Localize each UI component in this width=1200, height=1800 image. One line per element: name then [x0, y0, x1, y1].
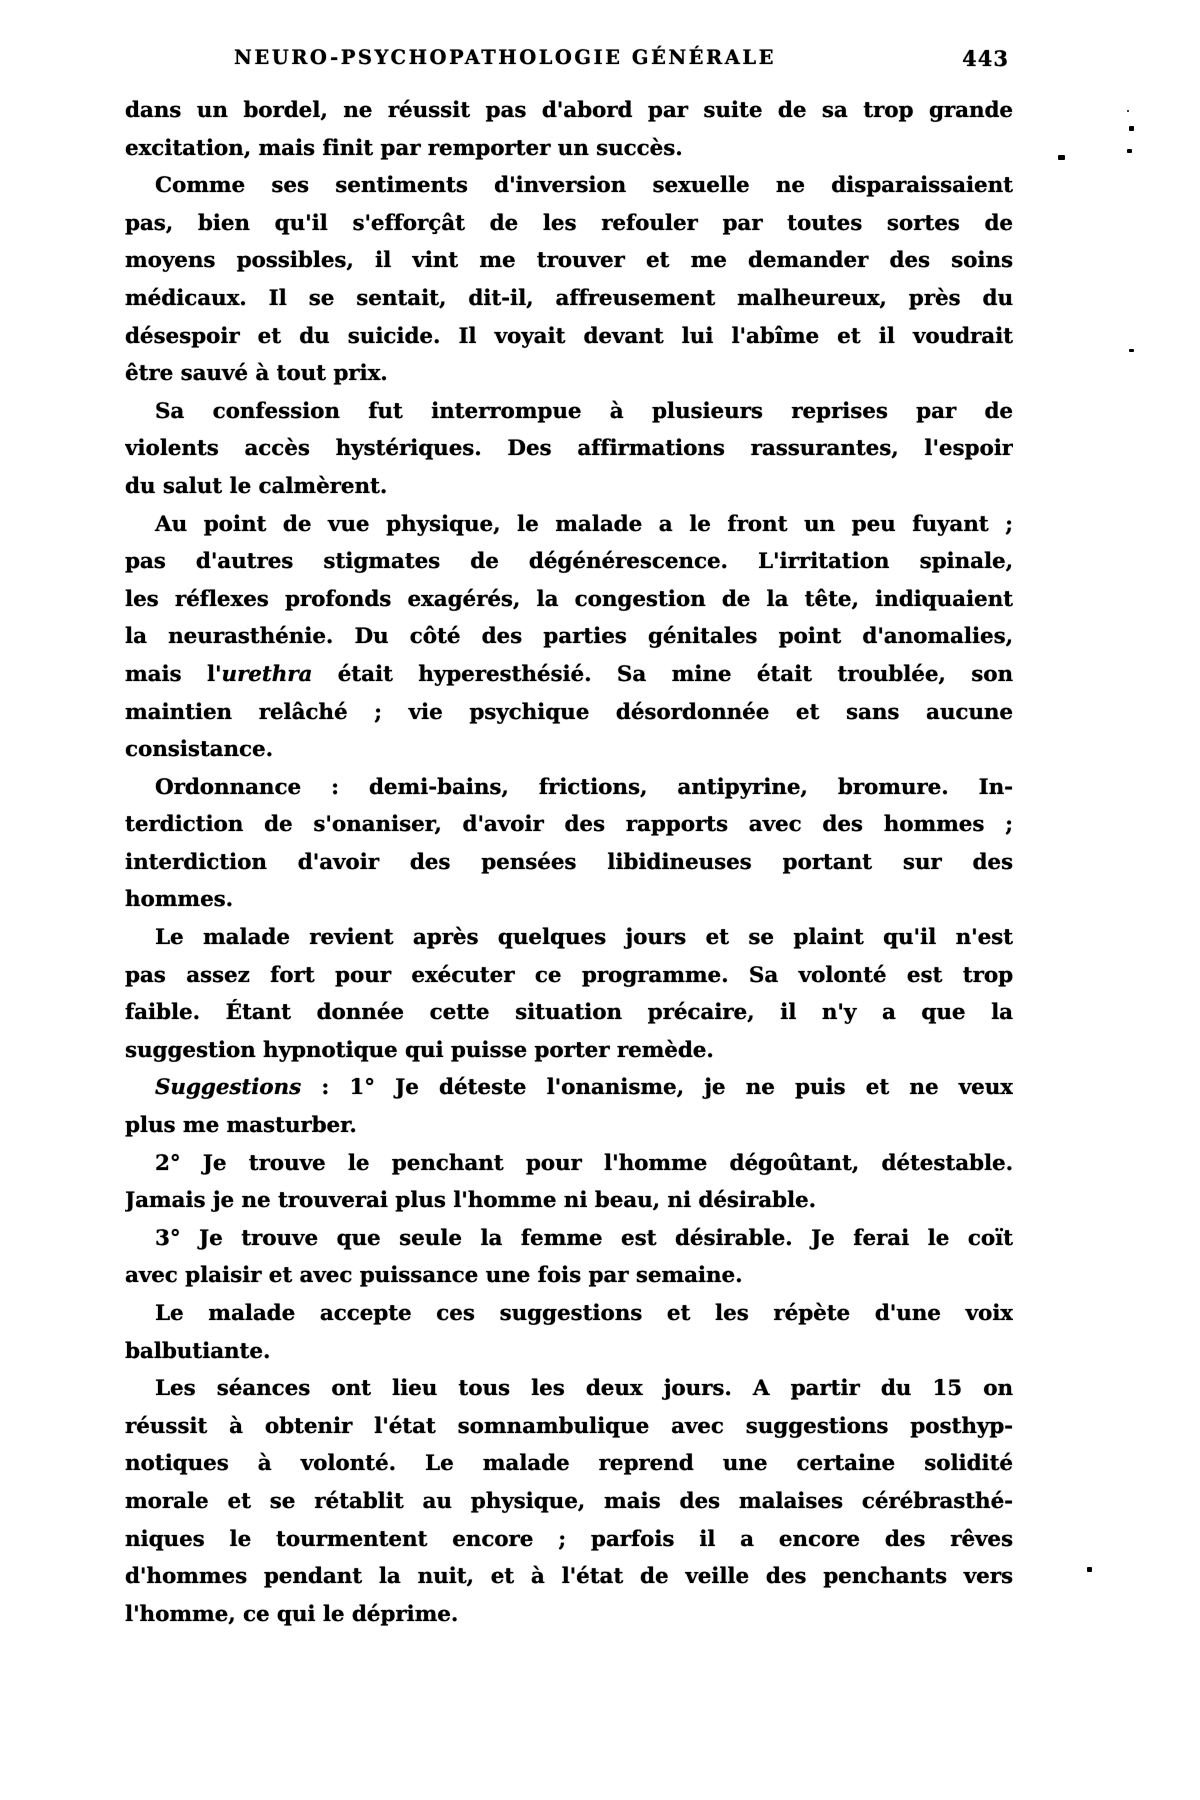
text-line: l'homme, ce qui le déprime. — [125, 1596, 1013, 1634]
text-segment: faible. Étant donnée cette situation pré… — [125, 1000, 1013, 1025]
text-line: Jamais je ne trouverai plus l'homme ni b… — [125, 1182, 1013, 1220]
text-segment: Les séances ont lieu tous les deux jours… — [155, 1376, 1013, 1401]
text-line: plus me masturber. — [125, 1107, 1013, 1145]
text-segment: Au point de vue physique, le malade a le… — [155, 512, 1013, 537]
text-segment: niques le tourmentent encore ; parfois i… — [125, 1527, 1013, 1552]
text-segment: Sa confession fut interrompue à plusieur… — [155, 399, 1013, 424]
text-line: la neurasthénie. Du côté des parties gén… — [125, 618, 1013, 656]
text-line: Les séances ont lieu tous les deux jours… — [125, 1370, 1013, 1408]
text-line: interdiction d'avoir des pensées libidin… — [125, 844, 1013, 882]
text-segment: balbutiante. — [125, 1339, 270, 1364]
text-segment: Ordonnance : demi-bains, frictions, anti… — [155, 775, 1013, 800]
text-segment: 3° Je trouve que seule la femme est dési… — [155, 1226, 1013, 1251]
running-header: NEURO-PSYCHOPATHOLOGIE GÉNÉRALE 443 — [125, 46, 1013, 76]
paragraph: Sa confession fut interrompue à plusieur… — [125, 393, 1013, 506]
text-segment: : 1° Je déteste l'onanisme, je ne puis e… — [301, 1075, 1013, 1100]
text-line: maintien relâché ; vie psychique désordo… — [125, 694, 1013, 732]
text-segment: suggestion hypnotique qui puisse porter … — [125, 1038, 714, 1063]
text-line: avec plaisir et avec puissance une fois … — [125, 1257, 1013, 1295]
text-segment: Le malade accepte ces suggestions et les… — [155, 1301, 1013, 1326]
text-segment: désespoir et du suicide. Il voyait devan… — [125, 324, 1013, 349]
paragraph: 2° Je trouve le penchant pour l'homme dé… — [125, 1145, 1013, 1220]
text-segment: réussit à obtenir l'état somnambulique a… — [125, 1414, 1013, 1439]
text-line: Comme ses sentiments d'inversion sexuell… — [125, 167, 1013, 205]
text-segment: la neurasthénie. Du côté des parties gén… — [125, 624, 1013, 649]
text-segment: morale et se rétablit au physique, mais … — [125, 1489, 1013, 1514]
scanned-book-page: NEURO-PSYCHOPATHOLOGIE GÉNÉRALE 443 dans… — [0, 0, 1200, 1800]
paragraph: Le malade accepte ces suggestions et les… — [125, 1295, 1013, 1370]
text-segment: était hyperesthésié. Sa mine était troub… — [312, 662, 1013, 687]
text-segment: moyens possibles, il vint me trouver et … — [125, 248, 1013, 273]
paragraph: dans un bordel, ne réussit pas d'abord p… — [125, 92, 1013, 167]
italic-text: Suggestions — [155, 1075, 301, 1100]
scan-speck — [1058, 155, 1065, 160]
text-segment: médicaux. Il se sentait, dit-il, affreus… — [125, 286, 1013, 311]
page-content: NEURO-PSYCHOPATHOLOGIE GÉNÉRALE 443 dans… — [125, 46, 1013, 1633]
text-line: moyens possibles, il vint me trouver et … — [125, 242, 1013, 280]
paragraph: Les séances ont lieu tous les deux jours… — [125, 1370, 1013, 1633]
text-segment: avec plaisir et avec puissance une fois … — [125, 1263, 742, 1288]
text-line: morale et se rétablit au physique, mais … — [125, 1483, 1013, 1521]
text-segment: Jamais je ne trouverai plus l'homme ni b… — [125, 1188, 816, 1213]
text-segment: consistance. — [125, 737, 273, 762]
text-segment: dans un bordel, ne réussit pas d'abord p… — [125, 98, 1013, 123]
text-line: niques le tourmentent encore ; parfois i… — [125, 1521, 1013, 1559]
text-line: dans un bordel, ne réussit pas d'abord p… — [125, 92, 1013, 130]
text-line: notiques à volonté. Le malade reprend un… — [125, 1445, 1013, 1483]
text-line: violents accès hystériques. Des affirmat… — [125, 430, 1013, 468]
text-segment: Comme ses sentiments d'inversion sexuell… — [155, 173, 1013, 198]
text-segment: du salut le calmèrent. — [125, 474, 387, 499]
body-text: dans un bordel, ne réussit pas d'abord p… — [125, 92, 1013, 1633]
text-line: du salut le calmèrent. — [125, 468, 1013, 506]
text-segment: mais l' — [125, 662, 222, 687]
text-line: Sa confession fut interrompue à plusieur… — [125, 393, 1013, 431]
text-line: terdiction de s'onaniser, d'avoir des ra… — [125, 806, 1013, 844]
text-line: pas assez fort pour exécuter ce programm… — [125, 957, 1013, 995]
paragraph: Comme ses sentiments d'inversion sexuell… — [125, 167, 1013, 393]
text-line: réussit à obtenir l'état somnambulique a… — [125, 1408, 1013, 1446]
scan-speck — [1129, 126, 1134, 131]
text-line: hommes. — [125, 881, 1013, 919]
text-segment: violents accès hystériques. Des affirmat… — [125, 436, 1013, 461]
text-line: faible. Étant donnée cette situation pré… — [125, 994, 1013, 1032]
text-line: médicaux. Il se sentait, dit-il, affreus… — [125, 280, 1013, 318]
text-segment: d'hommes pendant la nuit, et à l'état de… — [125, 1564, 1013, 1589]
text-segment: hommes. — [125, 887, 233, 912]
text-segment: pas d'autres stigmates de dégénérescence… — [125, 549, 1013, 574]
text-line: Au point de vue physique, le malade a le… — [125, 506, 1013, 544]
text-line: Ordonnance : demi-bains, frictions, anti… — [125, 769, 1013, 807]
text-segment: l'homme, ce qui le déprime. — [125, 1602, 458, 1627]
text-segment: pas, bien qu'il s'efforçât de les refoul… — [125, 211, 1013, 236]
text-line: balbutiante. — [125, 1333, 1013, 1371]
text-segment: notiques à volonté. Le malade reprend un… — [125, 1451, 1013, 1476]
text-line: Le malade revient après quelques jours e… — [125, 919, 1013, 957]
scan-speck — [1127, 149, 1132, 153]
text-line: d'hommes pendant la nuit, et à l'état de… — [125, 1558, 1013, 1596]
text-line: pas, bien qu'il s'efforçât de les refoul… — [125, 205, 1013, 243]
running-header-title: NEURO-PSYCHOPATHOLOGIE GÉNÉRALE — [125, 46, 885, 69]
paragraph: Le malade revient après quelques jours e… — [125, 919, 1013, 1069]
page-number: 443 — [962, 46, 1009, 71]
text-line: désespoir et du suicide. Il voyait devan… — [125, 318, 1013, 356]
text-line: mais l'urethra était hyperesthésié. Sa m… — [125, 656, 1013, 694]
scan-speck — [1129, 349, 1134, 352]
text-line: 3° Je trouve que seule la femme est dési… — [125, 1220, 1013, 1258]
text-segment: maintien relâché ; vie psychique désordo… — [125, 700, 1013, 725]
paragraph: Ordonnance : demi-bains, frictions, anti… — [125, 769, 1013, 919]
text-segment: plus me masturber. — [125, 1113, 357, 1138]
text-segment: terdiction de s'onaniser, d'avoir des ra… — [125, 812, 1013, 837]
text-line: pas d'autres stigmates de dégénérescence… — [125, 543, 1013, 581]
italic-text: urethra — [222, 662, 313, 687]
text-segment: pas assez fort pour exécuter ce programm… — [125, 963, 1013, 988]
text-line: suggestion hypnotique qui puisse porter … — [125, 1032, 1013, 1070]
text-line: 2° Je trouve le penchant pour l'homme dé… — [125, 1145, 1013, 1183]
text-segment: être sauvé à tout prix. — [125, 361, 388, 386]
text-line: être sauvé à tout prix. — [125, 355, 1013, 393]
text-segment: interdiction d'avoir des pensées libidin… — [125, 850, 1013, 875]
paragraph: Au point de vue physique, le malade a le… — [125, 506, 1013, 769]
text-segment: 2° Je trouve le penchant pour l'homme dé… — [155, 1151, 1013, 1176]
text-line: excitation, mais finit par remporter un … — [125, 130, 1013, 168]
scan-speck — [1127, 110, 1129, 112]
text-segment: les réflexes profonds exagérés, la conge… — [125, 587, 1013, 612]
text-line: consistance. — [125, 731, 1013, 769]
paragraph: 3° Je trouve que seule la femme est dési… — [125, 1220, 1013, 1295]
scan-speck — [1087, 1567, 1092, 1572]
text-line: Suggestions : 1° Je déteste l'onanisme, … — [125, 1069, 1013, 1107]
text-segment: Le malade revient après quelques jours e… — [155, 925, 1013, 950]
text-line: les réflexes profonds exagérés, la conge… — [125, 581, 1013, 619]
paragraph: Suggestions : 1° Je déteste l'onanisme, … — [125, 1069, 1013, 1144]
text-line: Le malade accepte ces suggestions et les… — [125, 1295, 1013, 1333]
text-segment: excitation, mais finit par remporter un … — [125, 136, 683, 161]
